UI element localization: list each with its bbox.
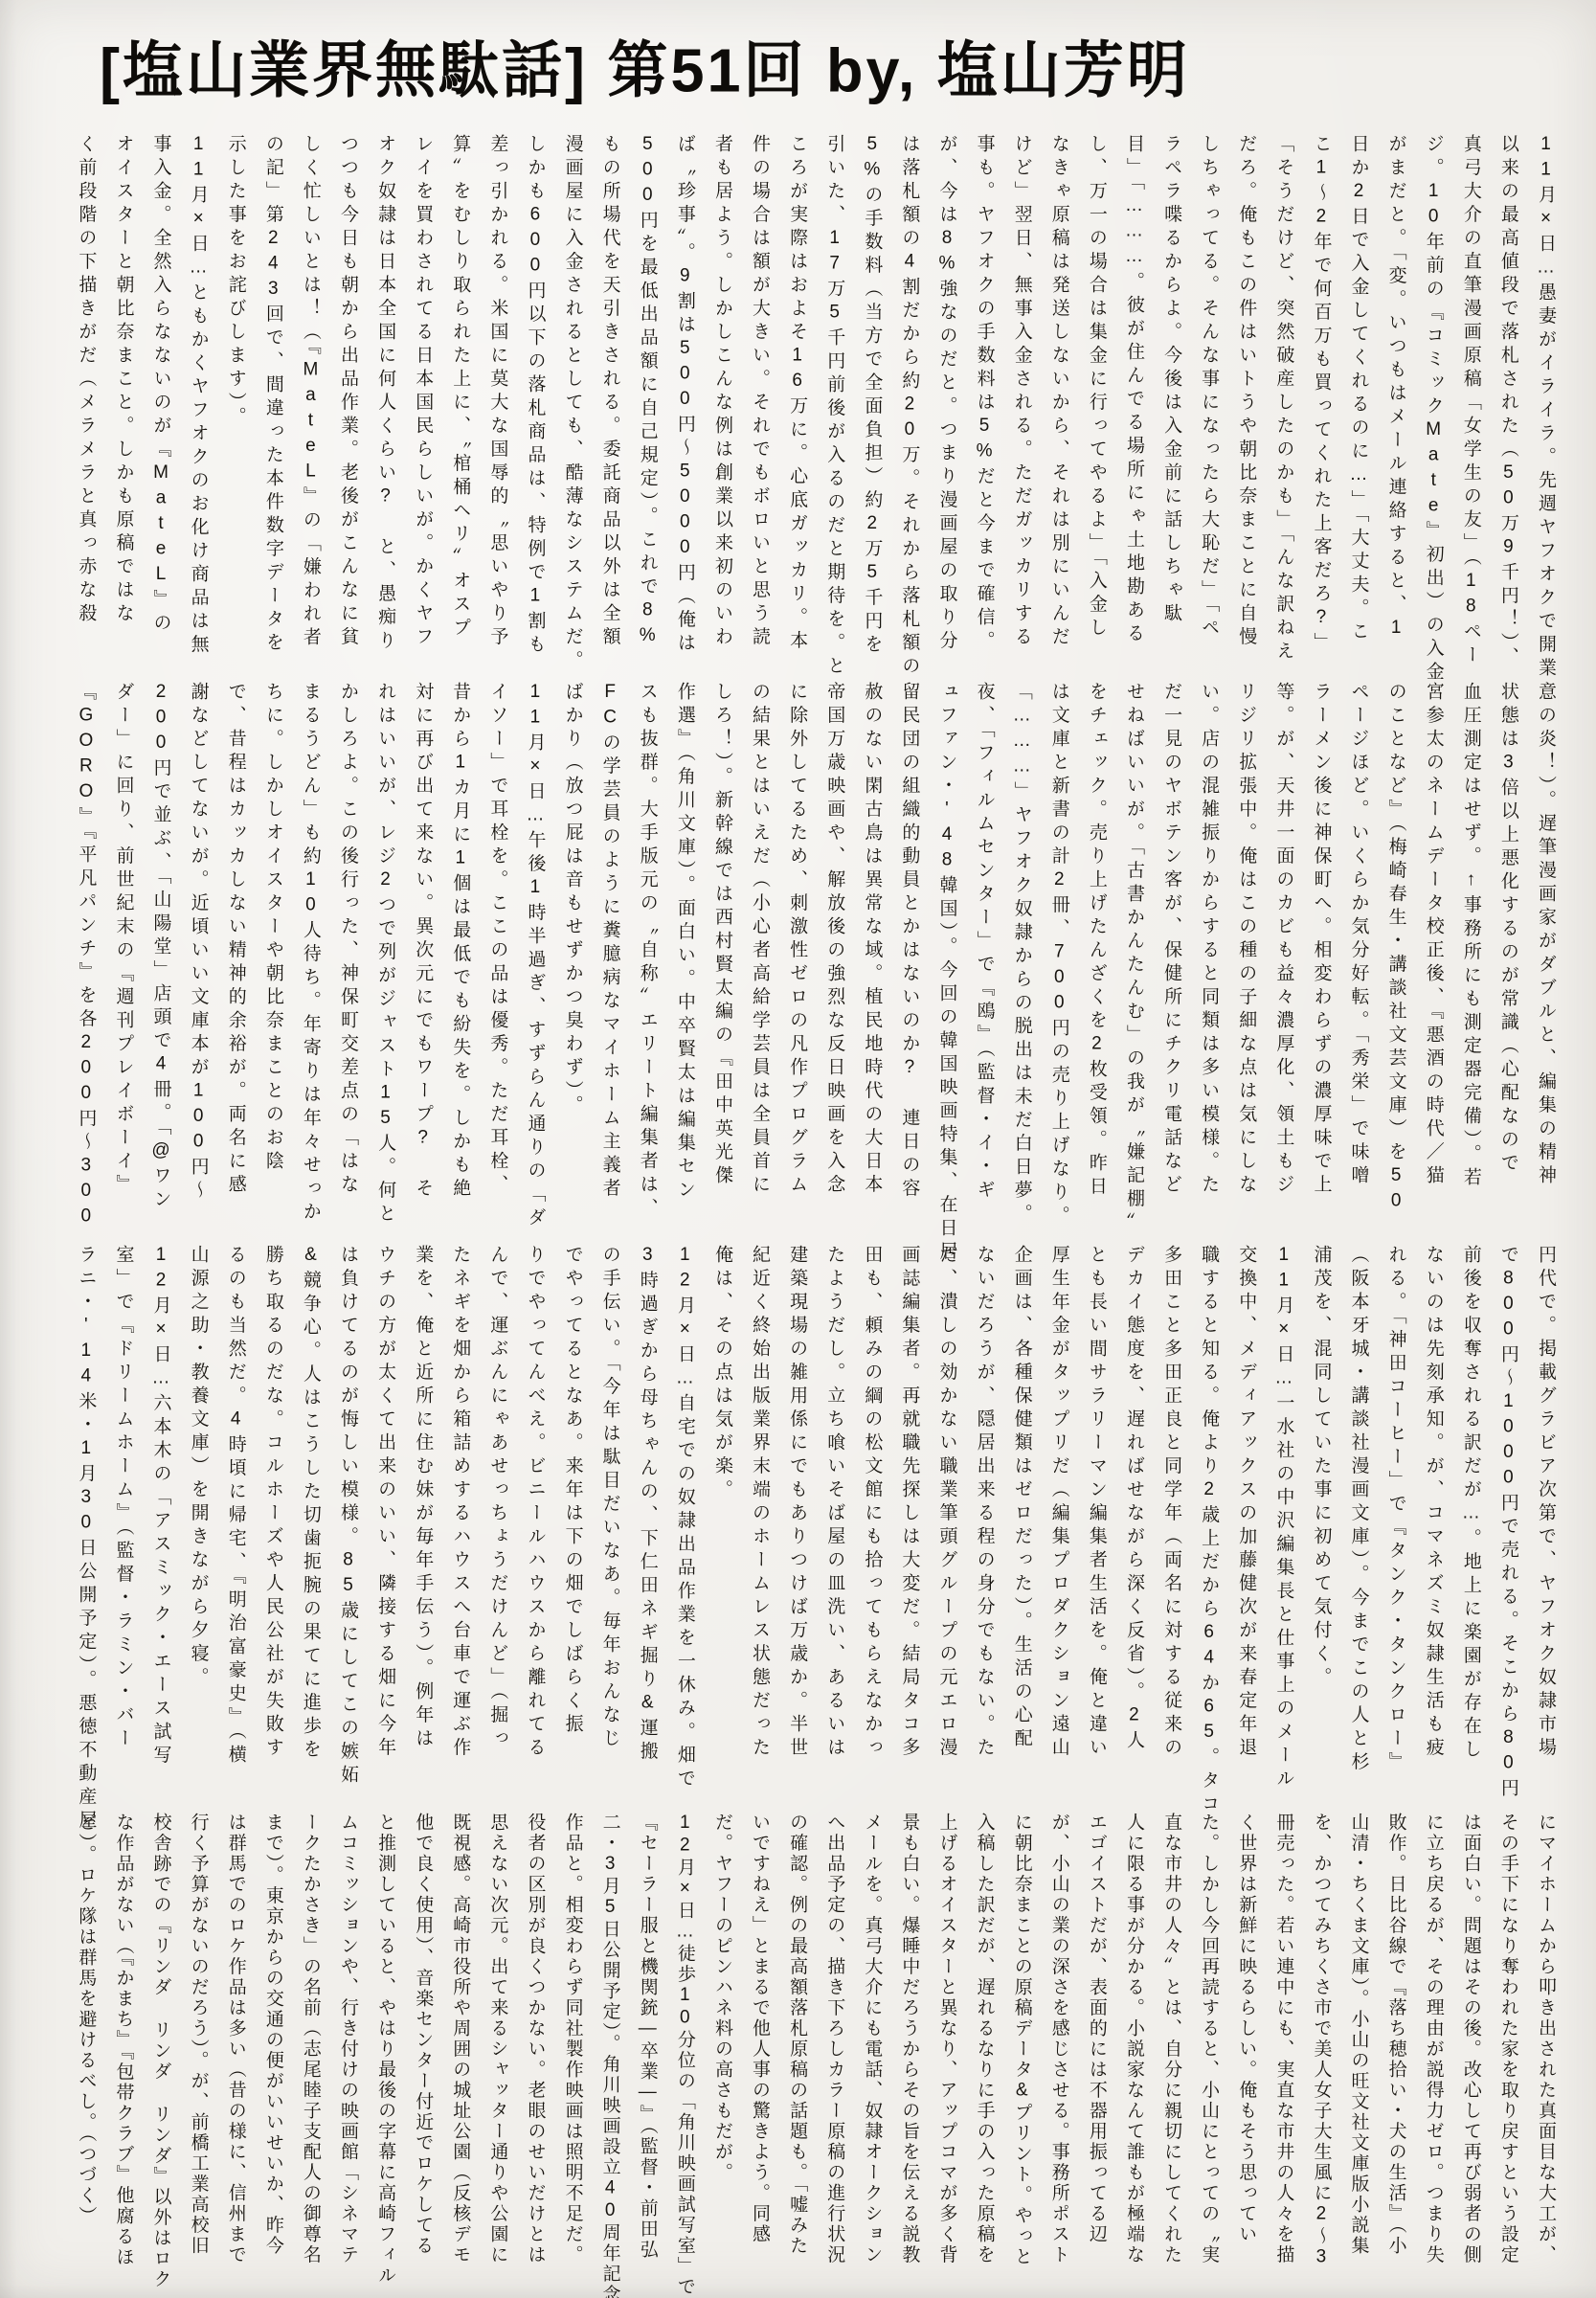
text-column: は群馬でのロケ作品は多い（昔の様に、信州まで	[217, 1813, 255, 2264]
text-column: んで、運ぶんにゃあせっちょうだけんど」（掘っ	[479, 1245, 516, 1783]
text-column: 「………」ヤフオク奴隷からの脱出は未だ白日夢。	[1003, 682, 1041, 1220]
text-column: な作品がない（『かまち』『包帯クラブ』他腐るほ	[104, 1813, 142, 2264]
text-column: ダー」に回り、前世紀末の『週刊プレイボーイ』	[104, 682, 142, 1220]
text-column: ラペラ喋るからよ。今後は入金前に話しちゃ駄	[1153, 134, 1190, 675]
text-column: ば〝珍事〟。9割は500円～5000円（俺は	[666, 134, 704, 675]
text-column: に朝比奈まことの原稿データ&プリント。やっと	[1003, 1813, 1041, 2264]
text-column: 血圧測定はせず。↑事務所にも測定器完備）。若	[1452, 682, 1490, 1220]
text-column: 山清・ちくま文庫）。小山の旺文社文庫版小説集	[1339, 1813, 1377, 2264]
text-column: は負けてるのが悔しい模様。85歳にしてこの嫉妬	[329, 1245, 367, 1783]
text-column: 謝などしてないが。近頃いい文庫本が100円～	[180, 682, 217, 1220]
text-column: ュファン・'48韓国）。今回の韓国映画特集、在日居	[928, 682, 965, 1220]
text-column: 留民団の組織的動員とかはないのか? 連日の容	[890, 682, 928, 1220]
text-column: オイスターと朝比奈まこと。しかも原稿ではな	[104, 134, 142, 675]
text-column: たネギを畑から箱詰めするハウスへ台車で運ぶ作	[441, 1245, 479, 1783]
text-column: 11月×日…一水社の中沢編集長と仕事上のメール	[1265, 1245, 1302, 1783]
text-column: だろ。俺もこの件はいトうや朝比奈まことに自慢	[1227, 134, 1265, 675]
text-column: メールを。真弓大介にも電話、奴隷オークション	[853, 1813, 890, 2264]
text-column: しろ！）。新幹線では西村賢太編の『田中英光傑	[704, 682, 741, 1220]
text-column: 等。が、天井一面のカビも益々濃厚化、領土もジ	[1265, 682, 1302, 1220]
text-column: 漫画屋に入金されるとしても、酷薄なシステムだ。	[553, 134, 591, 675]
text-column: 意の炎！）。遅筆漫画家がダブルと、編集の精神	[1527, 682, 1564, 1220]
text-column: た。しかし今回再読すると、小山にとっての〝実	[1190, 1813, 1227, 2264]
text-column: 敗作。日比谷線で『落ち穂拾い・犬の生活』（小	[1378, 1813, 1415, 2264]
text-column: で800円～1000円で売れる。そこから80円	[1490, 1245, 1527, 1783]
text-band-3: 円代で。掲載グラビア次第で、ヤフオク奴隷市場で800円～1000円で売れる。そこ…	[65, 1245, 1564, 1783]
text-column: &競争心。人はこうした切歯扼腕の果てに進歩を	[292, 1245, 329, 1783]
text-column: 12月×日…徒歩10分位の「角川映画試写室」で	[666, 1813, 704, 2264]
text-column: 11月×日…午後1時半過ぎ、すずらん通りの「ダ	[516, 682, 553, 1220]
text-column: リジリ拡張中。俺はこの種の子細な点は気にしな	[1227, 682, 1265, 1220]
text-column: 夜、「フィルムセンター」で『鴎』（監督・イ・ギ	[966, 682, 1003, 1220]
text-column: ころが実際はおよそ16万に。心底ガッカリ。本	[778, 134, 816, 675]
text-column: 示した事をお詫びします）。	[217, 134, 255, 675]
text-column: ラニ・'14米・1月30日公開予定）。悪徳不動産屋	[67, 1245, 104, 1783]
text-column: 作選』（角川文庫）。面白い。中卒賢太は編集セン	[666, 682, 704, 1220]
text-column: 『GORO』『平凡パンチ』を各200円～300	[67, 682, 104, 1220]
text-column: 11月×日…ともかくヤフオクのお化け商品は無	[180, 134, 217, 675]
text-column: 件の場合は額が大きい。それでもボロいと思う読	[741, 134, 778, 675]
text-column: が、小山の業の深さを感じさせる。事務所ポスト	[1041, 1813, 1078, 2264]
text-column: ラーメン後に神保町へ。相変わらずの濃厚味で上	[1302, 682, 1339, 1220]
text-column: の記」第243回で、間違った本件数字データを	[255, 134, 292, 675]
text-column: 対に再び出て来ない。異次元にでもワープ? そ	[404, 682, 441, 1220]
text-column: 多田こと多田正良と同学年（両名に対する従来の	[1153, 1245, 1190, 1783]
text-column: 俺は、その点は気が楽。	[704, 1245, 741, 1783]
text-column: れる。「神田コーヒー」で『タンク・タンクロー』	[1378, 1245, 1415, 1783]
text-column: ばかり（放つ屁は音もせずかつ臭わず）。	[553, 682, 591, 1220]
text-column: 冊売った。若い連中にも、実直な市井の人々を描	[1265, 1813, 1302, 2264]
text-column: のことなど』（梅崎春生・講談社文芸文庫）を50	[1378, 682, 1415, 1220]
text-column: 建築現場の雑用係にでもありつけば万歳か。半世	[778, 1245, 816, 1783]
text-column: せねばいいが。「古書かんたんむ」の我が〝嫌記棚〟	[1115, 682, 1153, 1220]
text-column: 12月×日…自宅での奴隷出品作業を一休み。畑で	[666, 1245, 704, 1783]
text-column: 500円を最低出品額に自己規定）。これで8%	[629, 134, 666, 675]
text-column: 他で良く使用）、音楽センター付近でロケしてる	[404, 1813, 441, 2264]
text-column: 「そうだけど、突然破産したのかも」「んな訳ねえ	[1265, 134, 1302, 675]
text-column: ど）。ロケ隊は群馬を避けるべし。（つづく）	[67, 1813, 104, 2264]
text-column: いですねえ」とまるで他人事の驚きよう。同感	[741, 1813, 778, 2264]
text-column: イソー」で耳栓を。ここの品は優秀。ただ耳栓、	[479, 682, 516, 1220]
text-column: だ。ヤフーのピンハネ料の高さもだが。	[704, 1813, 741, 2264]
text-column: で、昔程はカッカしない精神的余裕が。両名に感	[217, 682, 255, 1220]
text-column: 作品と。相変わらず同社製作映画は照明不足だ。	[553, 1813, 591, 2264]
text-column: ちに。しかしオイスターや朝比奈まことのお陰	[255, 682, 292, 1220]
text-column: るのも当然だ。4時頃に帰宅、『明治富豪史』（横	[217, 1245, 255, 1783]
text-column: を、かつてみちくさ市で美人女子大生風に2～3	[1302, 1813, 1339, 2264]
magazine-page: [塩山業界無駄話] 第51回 by, 塩山芳明 11月×日…愚妻がイライラ。先週…	[0, 0, 1596, 2298]
text-column: がまだと。「変。いつもはメール連絡すると、1	[1378, 134, 1415, 675]
text-column: だ一見のヤボテン客が、保健所にチクリ電話など	[1153, 682, 1190, 1220]
text-column: 人に限る事が分かる。小説家なんて誰もが極端な	[1115, 1813, 1153, 2264]
text-band-1: 11月×日…愚妻がイライラ。先週ヤフオクで開業以来の最高値段で落札された（50万…	[65, 134, 1564, 675]
text-column: 宮参太のネームデータ校正後、『悪酒の時代／猫	[1415, 682, 1452, 1220]
text-column: 企画は、各種保健類はゼロだった）。生活の心配	[1003, 1245, 1041, 1783]
text-column: ないのは先刻承知。が、コマネズミ奴隷生活も疲	[1415, 1245, 1452, 1783]
text-column: 校舎跡での『リンダ リンダ リンダ』以外はロク	[142, 1813, 179, 2264]
text-column: 行く予算がないのだろう）。が、前橋工業高校旧	[180, 1813, 217, 2264]
text-column: かしろよ。この後行った、神保町交差点の「はな	[329, 682, 367, 1220]
text-column: し、万一の場合は集金に行ってやるよ」「入金し	[1078, 134, 1115, 675]
text-column: く世界は新鮮に映るらしい。俺もそう思ってい	[1227, 1813, 1265, 2264]
text-column: 田も、頼みの綱の松文館にも拾ってもらえなかっ	[853, 1245, 890, 1783]
text-column: 事入金。全然入らなないのが『MateL』の	[142, 134, 179, 675]
text-column: しく忙しいとは！（『MateL』の「嫌われ者	[292, 134, 329, 675]
text-column: 紀近く終始出版業界末端のホームレス状態だった	[741, 1245, 778, 1783]
text-column: 昔から1カ月に1個は最低でも紛失を。しかも絶	[441, 682, 479, 1220]
text-column: 『セーラー服と機関銃―卒業―』（監督・前田弘	[629, 1813, 666, 2264]
text-column: をチェック。売り上げたんざくを2枚受領。昨日	[1078, 682, 1115, 1220]
text-column: が、今は8%強なのだと。つまり漫画屋の取り分	[928, 134, 965, 675]
text-column: 赦のない閑古鳥は異常な域。植民地時代の大日本	[853, 682, 890, 1220]
text-column: でやってるとなあ。来年は下の畑でしばらく振	[553, 1245, 591, 1783]
text-column: りでやってんべえ。ビニールハウスから離れてる	[516, 1245, 553, 1783]
text-column: たようだし。立ち喰いそば屋の皿洗い、あるいは	[816, 1245, 853, 1783]
text-column: 円代で。掲載グラビア次第で、ヤフオク奴隷市場	[1527, 1245, 1564, 1783]
text-column: 画誌編集者。再就職先探しは大変だ。結局タコ多	[890, 1245, 928, 1783]
text-column: 日か2日で入金してくれるのに…」「大丈夫。こ	[1339, 134, 1377, 675]
text-column: （阪本牙城・講談社漫画文庫）。今までこの人と杉	[1339, 1245, 1377, 1783]
text-column: に立ち戻るが、その理由が説得力ゼロ。つまり失	[1415, 1813, 1452, 2264]
text-column: 算〟をむしり取られた上に、〝棺桶ヘリ〟オスプ	[441, 134, 479, 675]
text-column: その手下になり奪われた家を取り戻すという設定	[1490, 1813, 1527, 2264]
text-column: エゴイストだが、表面的には不器用振ってる辺	[1078, 1813, 1115, 2264]
text-column: 既視感。高崎市役所や周囲の城址公園（反核デモ	[441, 1813, 479, 2264]
text-column: ウチの方が太くて出来のいい、隣接する畑に今年	[367, 1245, 404, 1783]
text-column: とも長い間サラリーマン編集者生活を。俺と違い	[1078, 1245, 1115, 1783]
text-column: ジ。10年前の『コミックMate』初出）の入金	[1415, 134, 1452, 675]
text-column: 思えない次元。出て来るシャッター通りや公園に	[479, 1813, 516, 2264]
text-column: デカイ態度を、遅ればせながら深く反省）。2人	[1115, 1245, 1153, 1783]
text-column: 目」「………。彼が住んでる場所にゃ土地勘ある	[1115, 134, 1153, 675]
text-band-4: にマイホームから叩き出された真面目な大工が、その手下になり奪われた家を取り戻すと…	[65, 1813, 1564, 2264]
text-column: FCの学芸員のように糞臆病なマイホーム主義者	[592, 682, 629, 1220]
text-column: 真弓大介の直筆漫画原稿「女学生の友」（18ペー	[1452, 134, 1490, 675]
text-column: 以来の最高値段で落札された（50万9千円！）、	[1490, 134, 1527, 675]
text-band-2: 意の炎！）。遅筆漫画家がダブルと、編集の精神状態は3倍以上悪化するのが常識（心配…	[65, 682, 1564, 1220]
text-column: に除外してるため、刺激性ゼロの凡作プログラム	[778, 682, 816, 1220]
text-column: 差っ引かれる。米国に莫大な国辱的〝思いやり予	[479, 134, 516, 675]
text-column: は面白い。問題はその後。改心して再び弱者の側	[1452, 1813, 1490, 2264]
text-column: 景も白い。爆睡中だろうからその旨を伝える説教	[890, 1813, 928, 2264]
text-column: い。店の混雑振りからすると同類は多い模様。た	[1190, 682, 1227, 1220]
text-column: スも抜群。大手版元の〝自称〟エリート編集者は、	[629, 682, 666, 1220]
text-column: にマイホームから叩き出された真面目な大工が、	[1527, 1813, 1564, 2264]
page-title: [塩山業界無駄話] 第51回 by, 塩山芳明	[100, 21, 1190, 110]
text-column: 職すると知る。俺より2歳上だから64か65。タコ	[1190, 1245, 1227, 1783]
text-column: ないだろうが、隠居出来る程の身分でもない。た	[966, 1245, 1003, 1783]
text-column: つつも今日も朝から出品作業。老後がこんなに貧	[329, 134, 367, 675]
text-column: まで）。東京からの交通の便がいいせいか、昨今	[255, 1813, 292, 2264]
text-column: 浦茂を、混同していた事に初めて気付く。	[1302, 1245, 1339, 1783]
text-column: 3時過ぎから母ちゃんの、下仁田ネギ掘り&運搬	[629, 1245, 666, 1783]
text-column: 12月×日…六本木の「アスミック・エース試写	[142, 1245, 179, 1783]
text-column: の確認。例の最高額落札原稿の話題も。「嘘みた	[778, 1813, 816, 2264]
text-column: オク奴隷は日本全国に何人くらい? と、愚痴り	[367, 134, 404, 675]
text-column: だ、潰しの効かない職業筆頭グループの元エロ漫	[928, 1245, 965, 1783]
text-column: 直な市井の人々〟とは、自分に親切にしてくれた	[1153, 1813, 1190, 2264]
text-column: 帝国万歳映画や、解放後の強烈な反日映画を入念	[816, 682, 853, 1220]
text-column: しかも600円以下の落札商品は、特例で1割も	[516, 134, 553, 675]
text-column: 引いた、17万5千円前後が入るのだと期待を。と	[816, 134, 853, 675]
text-column: 5%の手数料（当方で全面負担）約2万5千円を	[853, 134, 890, 675]
text-column: 二・3月5日公開予定）。角川映画設立40周年記念	[592, 1813, 629, 2264]
text-column: ークたかさき」の名前（志尾睦子支配人の御尊名	[292, 1813, 329, 2264]
text-column: の結果とはいえだ（小心者高給学芸員は全員首に	[741, 682, 778, 1220]
text-column: 者も居よう。しかしこんな例は創業以来初のいわ	[704, 134, 741, 675]
text-column: 山源之助・教養文庫）を開きながら夕寝。	[180, 1245, 217, 1783]
text-column: の手伝い。「今年は駄目だいなあ。毎年おんなじ	[592, 1245, 629, 1783]
text-column: 役者の区別が良くつかない。老眼のせいだけとは	[516, 1813, 553, 2264]
text-column: 前後を収奪される訳だが…。地上に楽園が存在し	[1452, 1245, 1490, 1783]
text-column: まるうどん」も約10人待ち。年寄りは年々せっか	[292, 682, 329, 1220]
text-column: もの所場代を天引きされる。委託商品以外は全額	[592, 134, 629, 675]
text-column: 11月×日…愚妻がイライラ。先週ヤフオクで開業	[1527, 134, 1564, 675]
text-column: 業を、俺と近所に住む妹が毎年手伝う）。例年は	[404, 1245, 441, 1783]
text-column: 室」で『ドリームホーム』（監督・ラミン・バー	[104, 1245, 142, 1783]
text-column: へ出品予定の、描き下ろしカラー原稿の進行状況	[816, 1813, 853, 2264]
text-column: 上げるオイスターと異なり、アップコマが多く背	[928, 1813, 965, 2264]
text-column: ムコミッションや、行き付けの映画館「シネマテ	[329, 1813, 367, 2264]
text-column: ページほど。いくらか気分好転。「秀栄」で味噌	[1339, 682, 1377, 1220]
text-column: 事も。ヤフオクの手数料は5%だと今まで確信。	[966, 134, 1003, 675]
text-column: 交換中、メディアックスの加藤健次が来春定年退	[1227, 1245, 1265, 1783]
text-column: 厚生年金がタップリだ（編集プロダクション遠山	[1041, 1245, 1078, 1783]
text-column: 状態は3倍以上悪化するのが常識（心配なので	[1490, 682, 1527, 1220]
text-column: レイを買わされてる日本国民らしいが。かくヤフ	[404, 134, 441, 675]
text-column: けど」翌日、無事入金される。ただガッカリする	[1003, 134, 1041, 675]
text-column: と推測していると、やはり最後の字幕に高崎フィル	[367, 1813, 404, 2264]
text-column: しちゃってる。そんな事になったら大恥だ」「ペ	[1190, 134, 1227, 675]
text-column: 入稿した訳だが、遅れるなりに手の入った原稿を	[966, 1813, 1003, 2264]
text-column: こ1～2年で何百万も買ってくれた上客だろ?」	[1302, 134, 1339, 675]
text-column: 勝ち取るのだな。コルホーズや人民公社が失敗す	[255, 1245, 292, 1783]
text-column: は文庫と新書の計2冊、700円の売り上げなり。	[1041, 682, 1078, 1220]
text-column: く前段階の下描きがだ（メラメラと真っ赤な殺	[67, 134, 104, 675]
text-column: は落札額の4割だから約20万。それから落札額の	[890, 134, 928, 675]
text-column: 200円で並ぶ、「山陽堂」店頭で4冊。「@ワン	[142, 682, 179, 1220]
text-column: なきゃ原稿は発送しないから、それは別にいんだ	[1041, 134, 1078, 675]
text-column: れはいいが、レジ2つで列がジャスト15人。何と	[367, 682, 404, 1220]
